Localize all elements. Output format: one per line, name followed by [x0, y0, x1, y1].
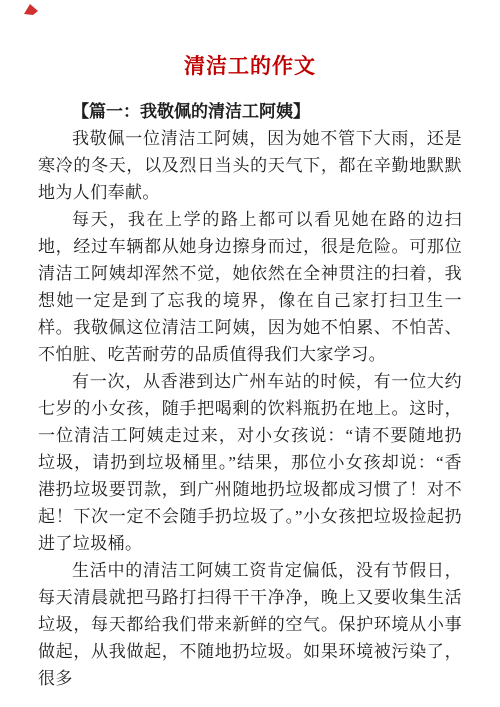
red-corner-mark-icon — [24, 4, 39, 15]
page-title: 清洁工的作文 — [38, 52, 462, 82]
document-page: 清洁工的作文 【篇一：我敬佩的清洁工阿姨】 我敬佩一位清洁工阿姨，因为她不管下大… — [0, 0, 500, 707]
essay-paragraph: 我敬佩一位清洁工阿姨，因为她不管下大雨，还是寒冷的冬天，以及烈日当头的天气下，都… — [38, 125, 462, 206]
essay-paragraph: 有一次，从香港到达广州车站的时候，有一位大约七岁的小女孩，随手把喝剩的饮料瓶扔在… — [38, 368, 462, 557]
essay-section-heading: 【篇一：我敬佩的清洁工阿姨】 — [38, 98, 462, 125]
essay-paragraph: 每天，我在上学的路上都可以看见她在路的边扫地，经过车辆都从她身边擦身而过，很是危… — [38, 206, 462, 368]
essay-body: 【篇一：我敬佩的清洁工阿姨】 我敬佩一位清洁工阿姨，因为她不管下大雨，还是寒冷的… — [38, 98, 462, 692]
essay-paragraph: 生活中的清洁工阿姨工资肯定偏低，没有节假日，每天清晨就把马路打扫得干干净净，晚上… — [38, 557, 462, 692]
